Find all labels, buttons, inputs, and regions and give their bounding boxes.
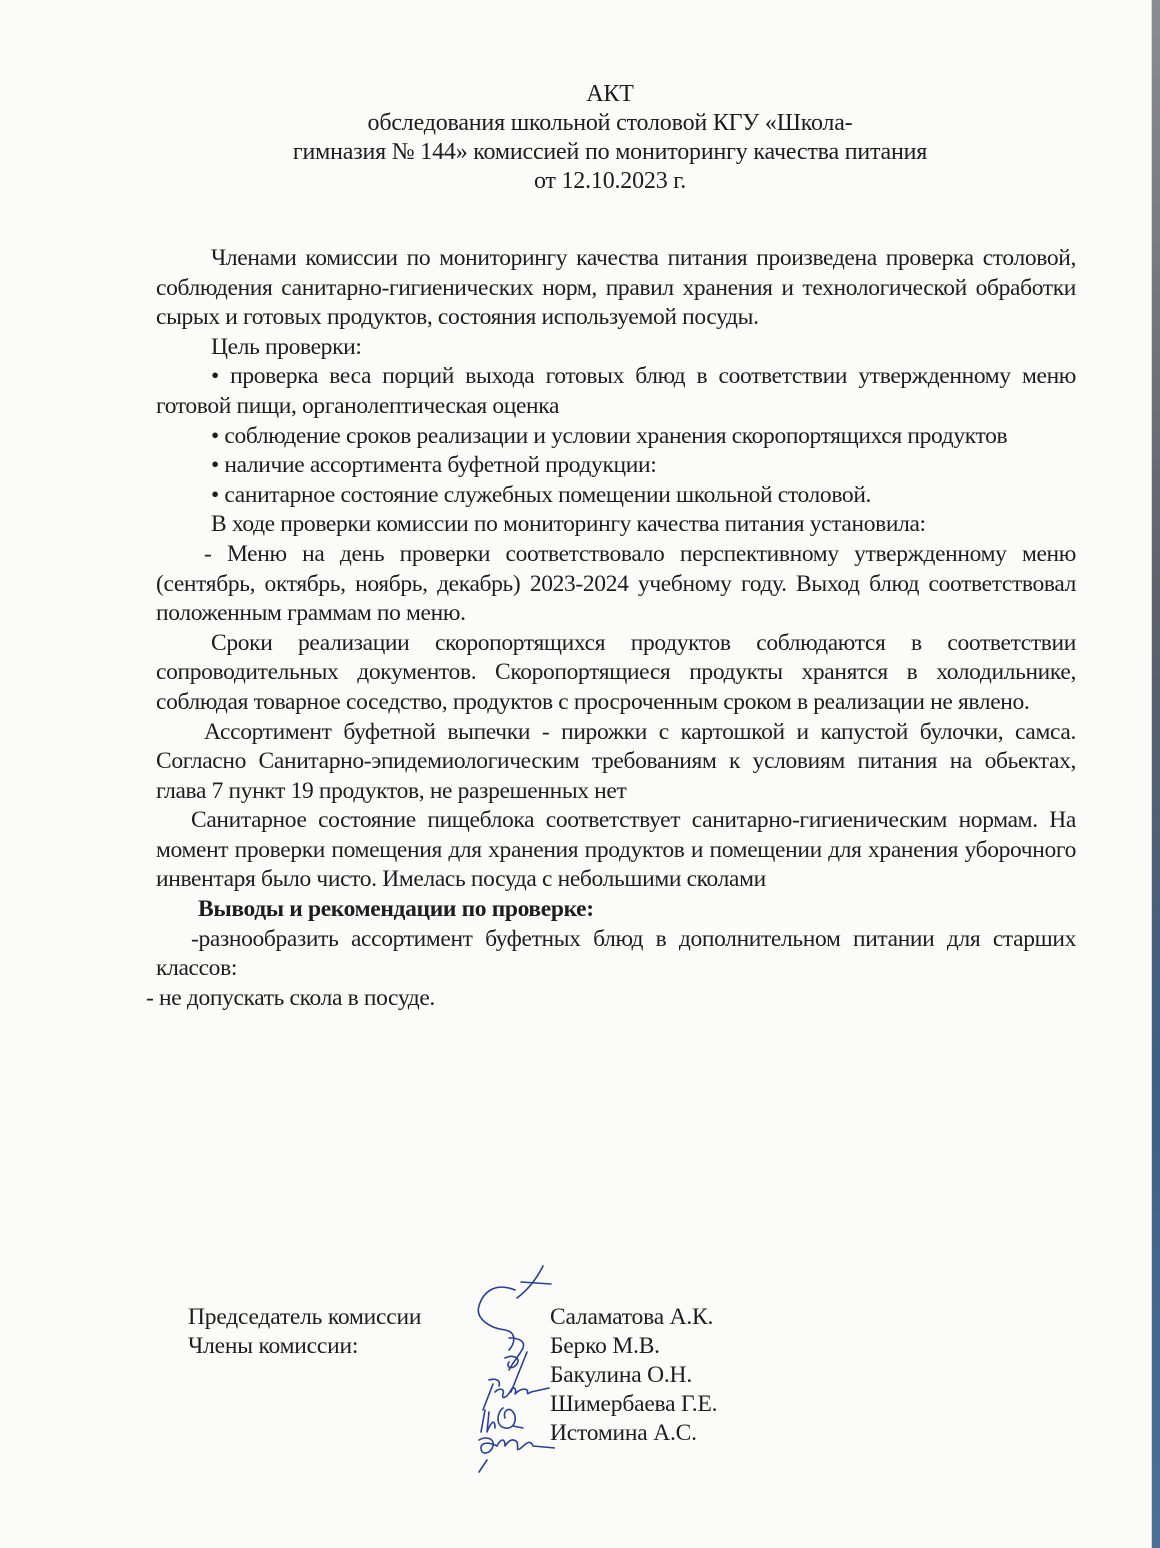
intro-paragraph: Членами комиссии по мониторингу качества… [156, 244, 1076, 333]
goal-item-3: • наличие ассортимента буфетной продукци… [156, 451, 1076, 481]
finding-sanitary: Санитарное состояние пищеблока соответст… [156, 806, 1076, 895]
document-page: АКТ обследования школьной столовой КГУ «… [0, 0, 1152, 1548]
goal-item-2: • соблюдение сроков реализации и условии… [156, 422, 1076, 452]
recommendation-1: -разнообразить ассортимент буфетных блюд… [156, 925, 1076, 984]
goal-item-4: • санитарное состояние служебных помещен… [156, 481, 1076, 511]
chair-name: Саламатова А.К. [550, 1303, 713, 1332]
recommendation-2: - не допускать скола в посуде. [146, 984, 1076, 1014]
document-title: АКТ [0, 80, 1160, 109]
goal-heading: Цель проверки: [156, 333, 1076, 363]
member-name-3: Шимербаева Г.Е. [550, 1390, 717, 1419]
signature-row-member-1: Члены комиссии: Берко М.В. [188, 1332, 717, 1361]
signature-row-member-2: Бакулина О.Н. [188, 1361, 717, 1390]
document-date: от 12.10.2023 г. [0, 167, 1160, 196]
member-name-1: Берко М.В. [550, 1332, 660, 1361]
signature-block: Председатель комиссии Саламатова А.К. Чл… [188, 1303, 717, 1448]
handwritten-signatures-icon [465, 1262, 555, 1477]
finding-assortment: Ассортимент буфетной выпечки - пирожки с… [156, 718, 1076, 807]
goal-item-1: • проверка веса порций выхода готовых бл… [156, 362, 1076, 421]
member-name-2: Бакулина О.Н. [550, 1361, 692, 1390]
signature-row-member-4: Истомина А.С. [188, 1419, 717, 1448]
document-subtitle-line-2: гимназия № 144» комиссией по мониторингу… [0, 138, 1160, 167]
scan-edge-background [1152, 0, 1160, 1548]
signature-row-chair: Председатель комиссии Саламатова А.К. [188, 1303, 717, 1332]
document-header: АКТ обследования школьной столовой КГУ «… [0, 80, 1160, 196]
finding-menu: - Меню на день проверки соответствовало … [156, 540, 1076, 629]
finding-storage: Сроки реализации скоропортящихся продукт… [156, 629, 1076, 718]
signature-row-member-3: Шимербаева Г.Е. [188, 1390, 717, 1419]
findings-heading: В ходе проверки комиссии по мониторингу … [156, 510, 1076, 540]
member-name-4: Истомина А.С. [550, 1419, 697, 1448]
conclusions-heading: Выводы и рекомендации по проверке: [156, 895, 1076, 925]
document-subtitle-line-1: обследования школьной столовой КГУ «Школ… [0, 109, 1160, 138]
document-body: Членами комиссии по мониторингу качества… [156, 244, 1076, 1013]
